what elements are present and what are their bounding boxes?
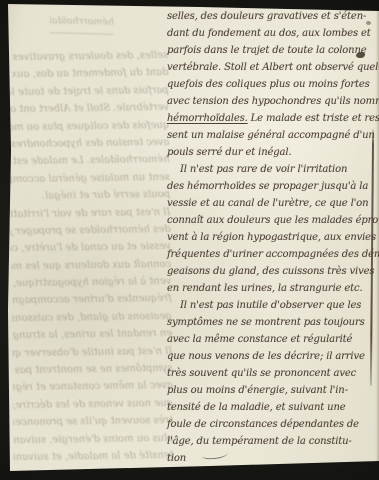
recto-text-block: selles, des douleurs gravatives et s'éte… <box>167 8 377 467</box>
verso-showthrough-line: très souvent qu'ils se prononcent avec <box>13 412 173 432</box>
ink-blot-small <box>366 21 371 25</box>
verso-showthrough-line: vessie et au canal de l'urètre, ce que l… <box>11 238 171 258</box>
manuscript-line: des hémorrhoïdes se propager jusqu'à la <box>167 178 377 195</box>
manuscript-line: tensité de la maladie, et suivant une <box>167 399 377 416</box>
manuscript-line: sent un malaise général accompagné d'un <box>167 127 377 144</box>
verso-showthrough-line: en rendant les urines, la strangurie etc… <box>12 325 172 345</box>
manuscript-line: geaisons du gland, des cuissons très viv… <box>167 263 377 280</box>
manuscript-line: vertébrale. Stoll et Albert ont observé … <box>167 59 377 76</box>
manuscript-line: avec tension des hypochondres qu'ils nom… <box>167 93 377 110</box>
manuscript-line: foule de circonstances dépendantes de <box>167 416 377 433</box>
verso-showthrough-line: connaît aux douleurs que les malades épr… <box>11 256 171 276</box>
verso-header-showthrough: hémorrhoïdales. <box>50 14 114 35</box>
manuscript-page: hémorrhoïdales. selles, des douleurs gra… <box>0 0 379 480</box>
manuscript-line: l'âge, du tempérament de la constitu- <box>167 433 377 450</box>
ink-blot-bottom <box>364 462 371 466</box>
verso-showthrough-line: pouls serré dur et inégal. <box>10 186 170 206</box>
underlined-term: hémorrhoïdales. <box>167 113 248 124</box>
verso-showthrough-line: hémorrhoïdales. Le malade est triste et … <box>10 151 170 171</box>
verso-showthrough: selles, des douleurs gravatives et s'éte… <box>8 47 174 465</box>
manuscript-line: selles, des douleurs gravatives et s'éte… <box>167 8 377 25</box>
verso-showthrough-line: avec tension des hypochondres qu'ils nom… <box>9 134 169 154</box>
manuscript-line: très souvent qu'ils se prononcent avec <box>167 365 377 382</box>
manuscript-line: Il n'est pas inutile d'observer que les <box>167 297 377 314</box>
verso-showthrough-line: avec la même constance et régularité <box>13 377 173 397</box>
verso-showthrough-line: sent un malaise général accompagné d'un <box>10 169 170 189</box>
verso-showthrough-line: des hémorrhoïdes se propager jusqu'à la <box>11 221 171 241</box>
photographed-manuscript: hémorrhoïdales. selles, des douleurs gra… <box>0 0 379 480</box>
verso-showthrough-line: plus ou moins d'énergie, suivant l'in- <box>13 429 173 449</box>
verso-showthrough-line: symptômes ne se montrent pas toujours <box>12 360 172 380</box>
manuscript-line: connaît aux douleurs que les malades épr… <box>167 212 377 229</box>
manuscript-line: Il n'est pas rare de voir l'irritation <box>167 161 377 178</box>
manuscript-line: parfois dans le trajet de toute la colon… <box>167 42 377 59</box>
verso-showthrough-line: vent à la région hypogastrique, aux envi… <box>11 273 171 293</box>
verso-showthrough-line: quefois des coliques plus ou moins forte… <box>9 116 169 136</box>
verso-showthrough-line: selles, des douleurs gravatives et s'éte… <box>8 47 168 67</box>
manuscript-line: dant du fondement au dos, aux lombes et <box>167 25 377 42</box>
manuscript-line: avec la même constance et régularité <box>167 331 377 348</box>
manuscript-line: fréquentes d'uriner accompagnées des dém… <box>167 246 377 263</box>
verso-showthrough-line: Il n'est pas rare de voir l'irritation <box>10 203 170 223</box>
verso-showthrough-line: que nous venons de les décrire; il arriv… <box>13 395 173 415</box>
manuscript-line: pouls serré dur et inégal. <box>167 144 377 161</box>
verso-showthrough-line: vertébrale. Stoll et Albert ont observé … <box>9 99 169 119</box>
verso-showthrough-line: dant du fondement au dos, aux lombes et <box>8 64 168 84</box>
manuscript-line: vent à la région hypogastrique, aux envi… <box>167 229 377 246</box>
flourish-mark <box>202 449 229 460</box>
verso-showthrough-line: geaisons du gland, des cuissons très viv… <box>12 308 172 328</box>
verso-showthrough-line: fréquentes d'uriner accompagnées des dém… <box>12 290 172 310</box>
manuscript-line: vessie et au canal de l'urètre, ce que l… <box>167 195 377 212</box>
manuscript-line: hémorrhoïdales. Le malade est triste et … <box>167 110 377 127</box>
verso-showthrough-line: tensité de la maladie, et suivant une <box>14 447 174 465</box>
manuscript-line: que nous venons de les décrire; il arriv… <box>167 348 377 365</box>
manuscript-line: tion <box>167 450 377 467</box>
manuscript-line: en rendant les urines, la strangurie etc… <box>167 280 377 297</box>
verso-showthrough-line: Il n'est pas inutile d'observer que les <box>12 343 172 363</box>
verso-showthrough-line: parfois dans le trajet de toute la colon… <box>9 82 169 102</box>
manuscript-line: quefois des coliques plus ou moins forte… <box>167 76 377 93</box>
manuscript-line: symptômes ne se montrent pas toujours <box>167 314 377 331</box>
manuscript-line: plus ou moins d'énergie, suivant l'in- <box>167 382 377 399</box>
